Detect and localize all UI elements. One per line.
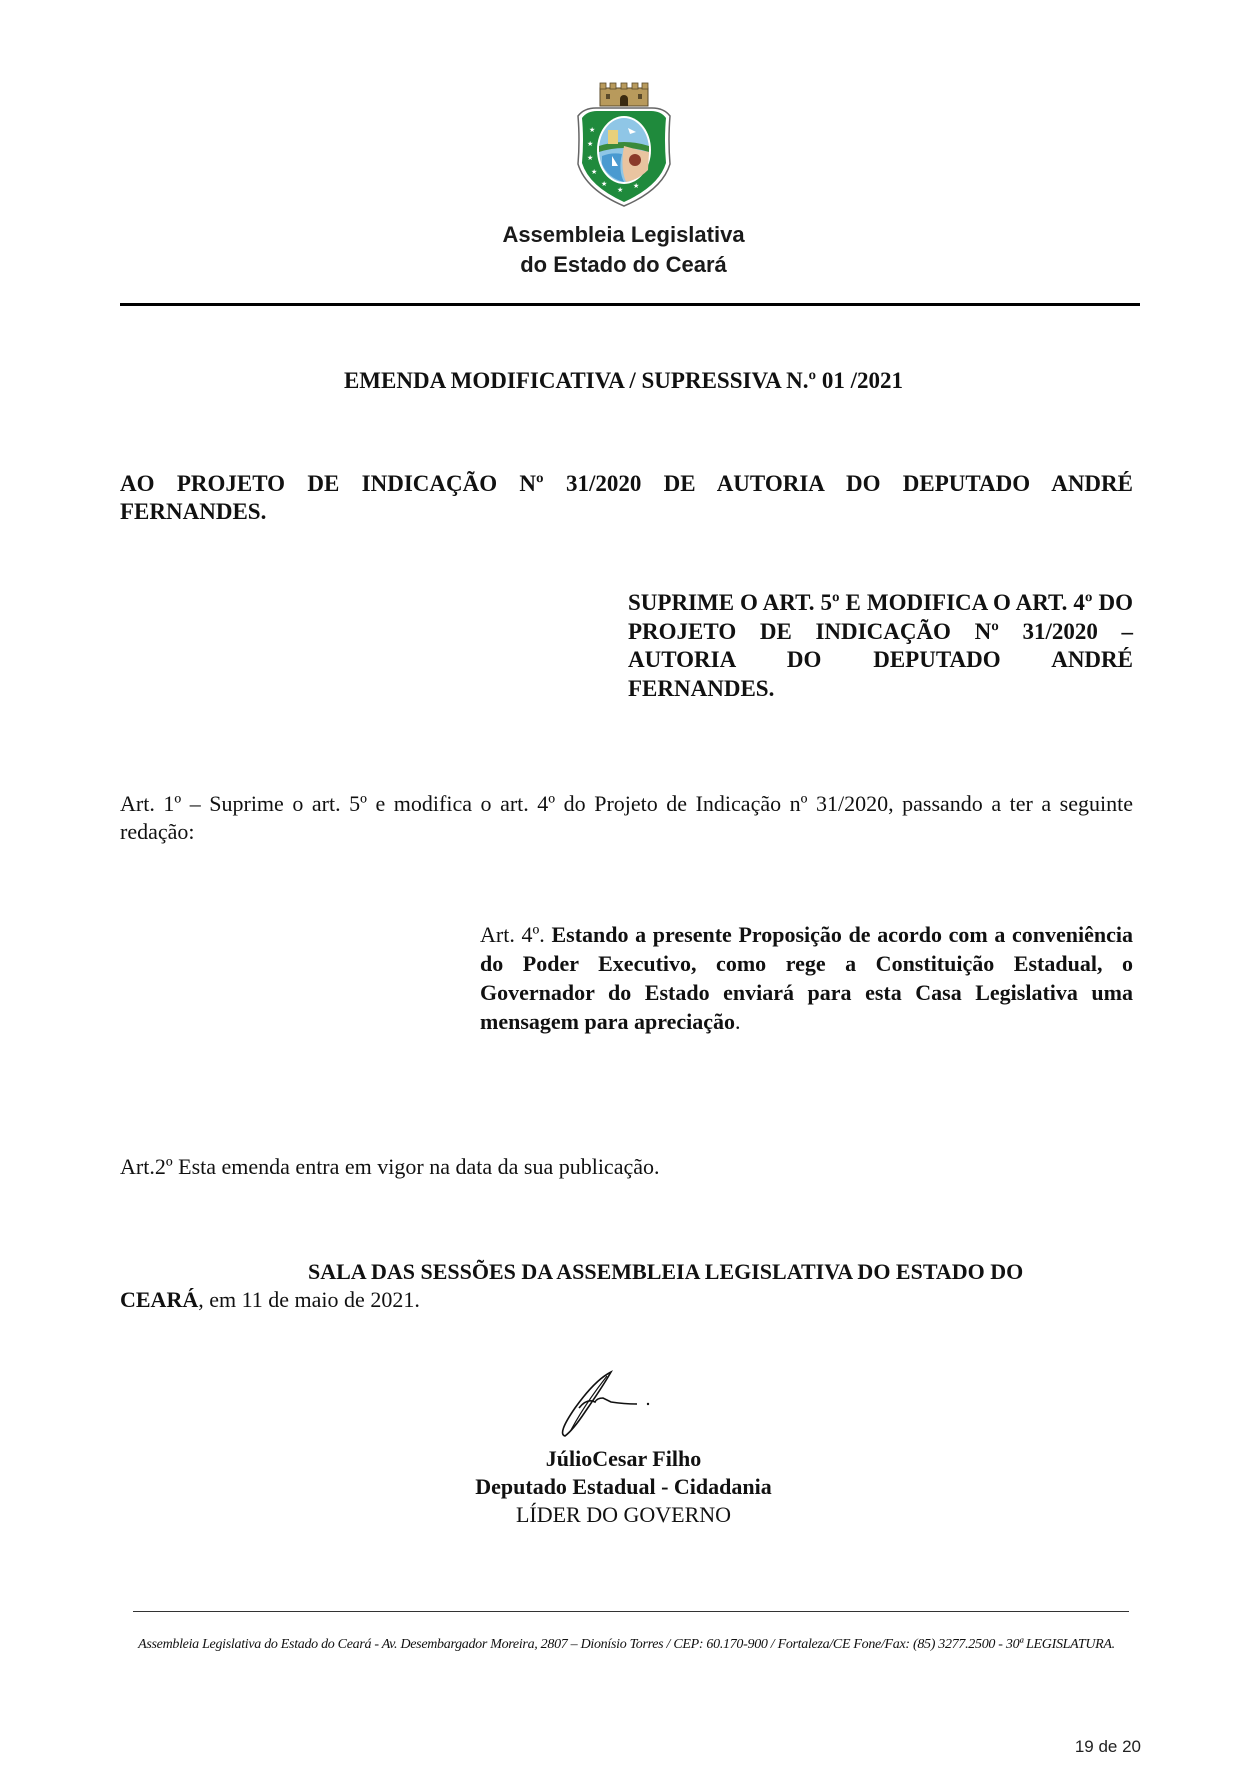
handwritten-signature-icon: [545, 1368, 675, 1440]
article-2: Art.2º Esta emenda entra em vigor na dat…: [120, 1153, 1133, 1181]
article-4-quote: Art. 4º. Estando a presente Proposição d…: [480, 920, 1133, 1036]
signer-name: JúlioCesar Filho: [0, 1446, 1247, 1472]
article-4-end: .: [735, 1009, 741, 1034]
institution-name-line1: Assembleia Legislativa: [0, 222, 1247, 248]
svg-text:★: ★: [589, 126, 595, 134]
document-ementa: SUPRIME O ART. 5º E MODIFICA O ART. 4º D…: [628, 589, 1133, 703]
svg-text:★: ★: [587, 154, 593, 162]
footer-address: Assembleia Legislativa do Estado do Cear…: [120, 1636, 1133, 1654]
svg-text:★: ★: [633, 182, 639, 190]
svg-text:★: ★: [601, 180, 607, 188]
article-4-text: Estando a presente Proposição de acordo …: [480, 922, 1133, 1034]
ceara-coat-of-arms-icon: ★ ★ ★ ★ ★ ★ ★: [572, 80, 676, 210]
article-4-label: Art. 4º.: [480, 922, 545, 947]
page-number: 19 de 20: [1075, 1737, 1141, 1757]
institution-name-line2: do Estado do Ceará: [0, 252, 1247, 278]
signing-date: , em 11 de maio de 2021.: [198, 1287, 420, 1312]
document-title: EMENDA MODIFICATIVA / SUPRESSIVA N.º 01 …: [0, 368, 1247, 394]
footer-divider: [133, 1611, 1129, 1612]
svg-text:★: ★: [591, 168, 597, 176]
state-name: CEARÁ: [120, 1287, 198, 1312]
article-1: Art. 1º – Suprime o art. 5º e modifica o…: [120, 790, 1133, 846]
header-divider: [120, 303, 1140, 306]
signer-title: LÍDER DO GOVERNO: [0, 1502, 1247, 1528]
signer-role: Deputado Estadual - Cidadania: [0, 1474, 1247, 1500]
session-room-closing: SALA DAS SESSÕES DA ASSEMBLEIA LEGISLATI…: [120, 1258, 1133, 1314]
svg-text:★: ★: [587, 140, 593, 148]
document-subject: AO PROJETO DE INDICAÇÃO Nº 31/2020 DE AU…: [120, 470, 1133, 526]
svg-text:★: ★: [617, 186, 623, 194]
castle-crown-icon: [600, 83, 648, 106]
session-room-label: SALA DAS SESSÕES DA ASSEMBLEIA LEGISLATI…: [308, 1259, 1023, 1284]
